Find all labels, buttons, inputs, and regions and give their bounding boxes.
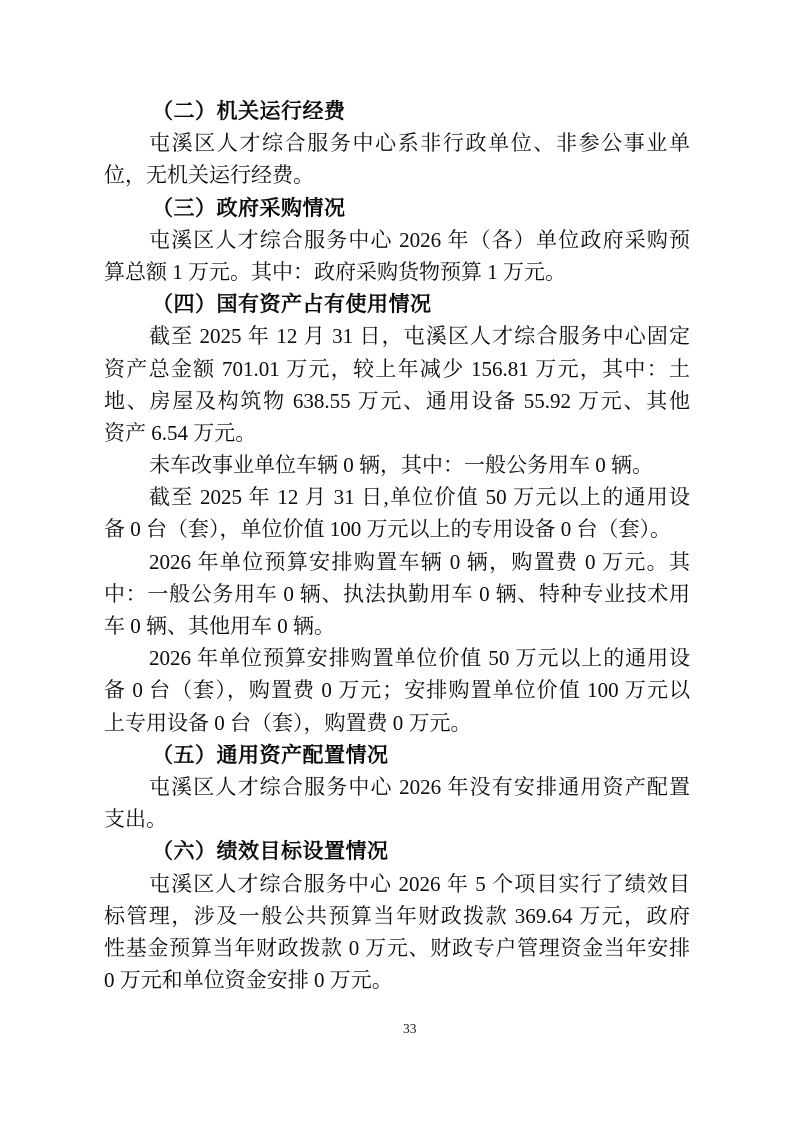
section-heading: （四）国有资产占有使用情况 (104, 288, 690, 320)
paragraph-line: 位，无机关运行经费。 (104, 159, 690, 191)
paragraph-line: 屯溪区人才综合服务中心系非行政单位、非参公事业单 (104, 127, 690, 159)
paragraph-line: 算总额 1 万元。其中：政府采购货物预算 1 万元。 (104, 256, 690, 288)
paragraph-line: 性基金预算当年财政拨款 0 万元、财政专户管理资金当年安排 (104, 932, 690, 964)
paragraph-line: 中：一般公务用车 0 辆、执法执勤用车 0 辆、特种专业技术用 (104, 578, 690, 610)
paragraph-line: 资产总金额 701.01 万元，较上年减少 156.81 万元，其中：土 (104, 353, 690, 385)
document-page: （二）机关运行经费 屯溪区人才综合服务中心系非行政单位、非参公事业单 位，无机关… (0, 0, 793, 1122)
paragraph-line: 0 万元和单位资金安排 0 万元。 (104, 964, 690, 996)
paragraph-line: 支出。 (104, 803, 690, 835)
paragraph-line: 屯溪区人才综合服务中心 2026 年（各）单位政府采购预 (104, 224, 690, 256)
paragraph-line: 地、房屋及构筑物 638.55 万元、通用设备 55.92 万元、其他 (104, 385, 690, 417)
paragraph-line: 屯溪区人才综合服务中心 2026 年 5 个项目实行了绩效目 (104, 868, 690, 900)
section-heading: （三）政府采购情况 (104, 192, 690, 224)
paragraph-line: 截至 2025 年 12 月 31 日，屯溪区人才综合服务中心固定 (104, 320, 690, 352)
section-heading: （二）机关运行经费 (104, 95, 690, 127)
paragraph-line: 资产 6.54 万元。 (104, 417, 690, 449)
document-body: （二）机关运行经费 屯溪区人才综合服务中心系非行政单位、非参公事业单 位，无机关… (104, 95, 690, 996)
section-heading: （六）绩效目标设置情况 (104, 835, 690, 867)
page-number: 33 (403, 1021, 417, 1037)
paragraph-line: 未车改事业单位车辆 0 辆，其中：一般公务用车 0 辆。 (104, 449, 690, 481)
paragraph-line: 截至 2025 年 12 月 31 日,单位价值 50 万元以上的通用设 (104, 481, 690, 513)
paragraph-line: 上专用设备 0 台（套），购置费 0 万元。 (104, 707, 690, 739)
paragraph-line: 车 0 辆、其他用车 0 辆。 (104, 610, 690, 642)
paragraph-line: 备 0 台（套），购置费 0 万元；安排购置单位价值 100 万元以 (104, 674, 690, 706)
paragraph-line: 标管理，涉及一般公共预算当年财政拨款 369.64 万元，政府 (104, 900, 690, 932)
paragraph-line: 屯溪区人才综合服务中心 2026 年没有安排通用资产配置 (104, 771, 690, 803)
section-heading: （五）通用资产配置情况 (104, 739, 690, 771)
paragraph-line: 备 0 台（套），单位价值 100 万元以上的专用设备 0 台（套）。 (104, 513, 690, 545)
paragraph-line: 2026 年单位预算安排购置车辆 0 辆，购置费 0 万元。其 (104, 546, 690, 578)
paragraph-line: 2026 年单位预算安排购置单位价值 50 万元以上的通用设 (104, 642, 690, 674)
